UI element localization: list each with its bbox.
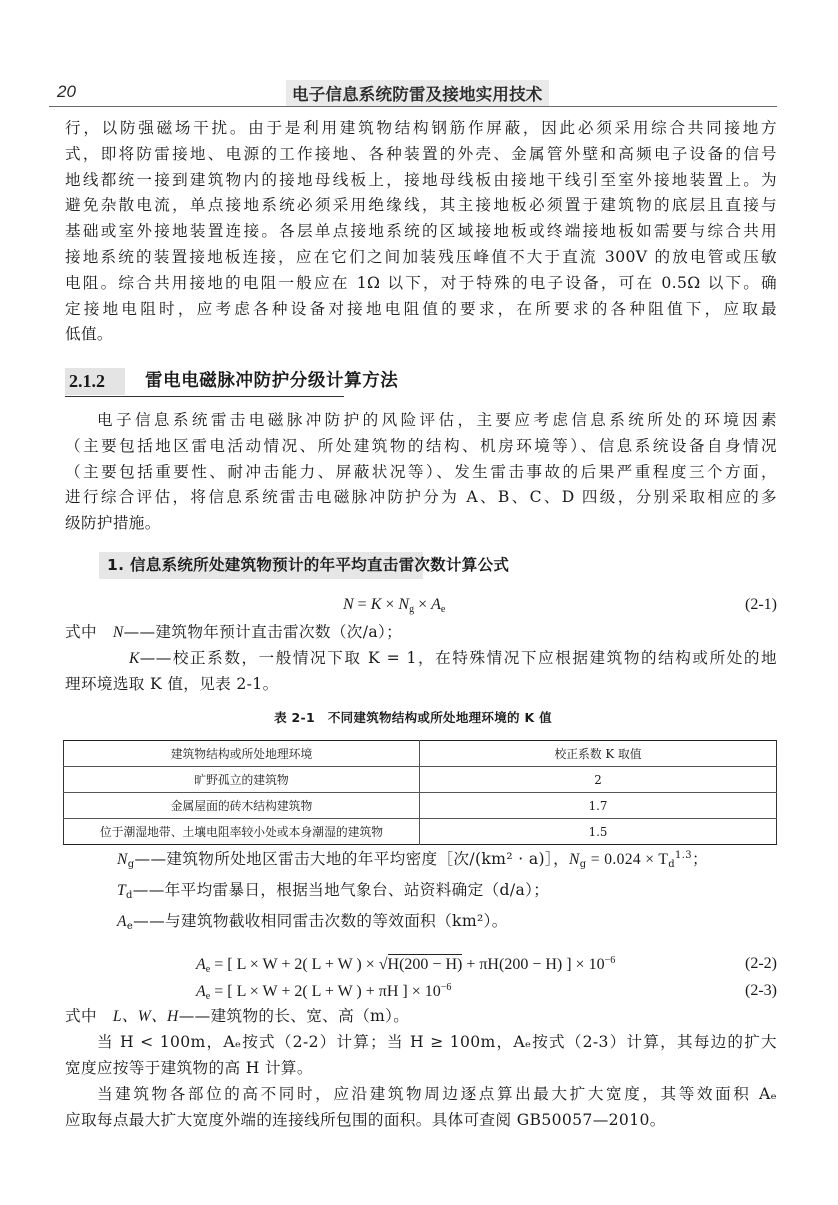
text-line: 电子信息系统雷击电磁脉冲防护的风险评估，主要应考虑信息系统所处的环境因素: [65, 408, 777, 434]
table-row: 金属屋面的砖木结构建筑物 1.7: [64, 793, 777, 819]
definition-symbol: L、W、H: [113, 1008, 179, 1025]
text-line: 宽度应按等于建筑物的高 H 计算。: [65, 1056, 777, 1082]
formula-end: ；: [692, 850, 708, 868]
eq-symbol: K: [371, 596, 382, 613]
definitions-block-1: 式中 N——建筑物年预计直击雷次数（次/a）； K——校正系数，一般情况下取 K…: [65, 620, 777, 697]
equation-number: (2-3): [745, 982, 777, 1000]
paragraph-equivalent-area: 当建筑物各部位的高不同时，应沿建筑物周边逐点算出最大扩大宽度，其等效面积 Aₑ …: [65, 1082, 777, 1134]
text-line: 当 H < 100m，Aₑ按式（2-2）计算；当 H ≥ 100m，Aₑ按式（2…: [65, 1030, 777, 1056]
formula-text: = 0.024 × T: [587, 851, 669, 868]
eq-symbol: N: [398, 596, 409, 613]
table-cell: 金属屋面的砖木结构建筑物: [64, 793, 420, 819]
eq-symbol: A: [196, 956, 206, 973]
section-heading: 2.1.2 雷电电磁脉冲防护分级计算方法: [65, 368, 344, 397]
text-line: 定接地电阻时，应考虑各种设备对接地电阻值的要求，在所要求的各种阻值下，应取最: [65, 297, 777, 323]
definition-line: 式中 L、W、H——建筑物的长、宽、高（m）。: [65, 1004, 777, 1030]
text-line: 接地系统的装置接地板连接，应在它们之间加装残压峰值不大于直流 300V 的放电管…: [65, 245, 777, 271]
definition-symbol: N: [113, 624, 124, 641]
definition-line: Td——年平均雷暴日，根据当地气象台、站资料确定（d/a）；: [65, 878, 777, 909]
eq-subscript: g: [409, 604, 414, 615]
definition-text: ——年平均雷暴日，根据当地气象台、站资料确定（d/a）；: [133, 881, 549, 899]
definition-text: ——校正系数，一般情况下取 K = 1，在特殊情况下应根据建筑物的结构或所处的地: [140, 649, 777, 667]
subheading-formula: 1. 信息系统所处建筑物预计的年平均直击雷次数计算公式: [99, 552, 423, 579]
definition-prefix: 式中: [65, 623, 97, 641]
equation-number: (2-1): [745, 596, 777, 614]
definition-text: ——与建筑物截收相同雷击次数的等效面积（km²）。: [133, 912, 508, 930]
table-caption: 表 2-1 不同建筑物结构或所处地理环境的 K 值: [49, 708, 777, 726]
definition-symbol: N: [117, 851, 128, 868]
paragraph-height-rule: 当 H < 100m，Aₑ按式（2-2）计算；当 H ≥ 100m，Aₑ按式（2…: [65, 1030, 777, 1082]
text-line: 应取每点最大扩大宽度外端的连接线所包围的面积。具体可查阅 GB50057—201…: [65, 1108, 777, 1134]
definition-prefix: 式中: [65, 1007, 97, 1025]
table-row: 位于潮湿地带、土壤电阻率较小处或本身潮湿的建筑物 1.5: [64, 819, 777, 845]
definition-text: ——建筑物所处地区雷击大地的年平均密度［次/(km² · a)］，: [135, 850, 569, 868]
book-title: 电子信息系统防雷及接地实用技术: [286, 80, 549, 106]
formula-symbol: N: [569, 851, 580, 868]
definition-symbol: T: [117, 882, 126, 899]
text-line: 低值。: [65, 322, 777, 348]
definition-symbol: K: [129, 650, 140, 667]
eq-body: = [ L × W + 2( L + W ) ×: [210, 956, 379, 973]
definition-line: K——校正系数，一般情况下取 K = 1，在特殊情况下应根据建筑物的结构或所处的…: [65, 646, 777, 672]
page-number: 20: [57, 82, 76, 102]
definition-symbol: A: [117, 913, 127, 930]
formula-subscript: g: [580, 859, 587, 870]
section-number: 2.1.2: [65, 368, 125, 395]
eq-body: + πH(200 − H) ] × 10: [462, 956, 604, 973]
definition-line: Ng——建筑物所处地区雷击大地的年平均密度［次/(km² · a)］，Ng = …: [65, 843, 777, 878]
definitions-block-2: Ng——建筑物所处地区雷击大地的年平均密度［次/(km² · a)］，Ng = …: [65, 843, 777, 939]
table-cell: 1.7: [420, 793, 777, 819]
table-header-cell: 建筑物结构或所处地理环境: [64, 741, 420, 767]
text-line: 避免杂散电流，单点接地系统必须采用绝缘线，其主接地板必须置于建筑物的底层且直接与: [65, 193, 777, 219]
table-cell: 2: [420, 767, 777, 793]
paragraph-risk-assessment: 电子信息系统雷击电磁脉冲防护的风险评估，主要应考虑信息系统所处的环境因素 （主要…: [65, 408, 777, 537]
definition-text: ——建筑物年预计直击雷次数（次/a）；: [124, 623, 403, 641]
text-line: 级防护措施。: [65, 511, 777, 537]
table-cell: 旷野孤立的建筑物: [64, 767, 420, 793]
running-header: 20 电子信息系统防雷及接地实用技术: [49, 82, 777, 107]
definitions-block-3: 式中 L、W、H——建筑物的长、宽、高（m）。: [65, 1004, 777, 1030]
eq-body: = [ L × W + 2( L + W ) + πH ] × 10: [210, 983, 441, 1000]
equation-2-3: Ae = [ L × W + 2( L + W ) + πH ] × 10−6: [196, 982, 451, 1002]
table-row: 旷野孤立的建筑物 2: [64, 767, 777, 793]
table-header-row: 建筑物结构或所处地理环境 校正系数 K 取值: [64, 741, 777, 767]
text-line: （主要包括地区雷电活动情况、所处建筑物的结构、机房环境等）、信息系统设备自身情况: [65, 434, 777, 460]
eq-sqrt: H(200 − H): [388, 954, 463, 973]
definition-line: Ae——与建筑物截收相同雷击次数的等效面积（km²）。: [65, 909, 777, 940]
definition-subscript: g: [128, 859, 135, 870]
definition-line: 式中 N——建筑物年预计直击雷次数（次/a）；: [65, 620, 777, 646]
text-line: 当建筑物各部位的高不同时，应沿建筑物周边逐点算出最大扩大宽度，其等效面积 Aₑ: [65, 1082, 777, 1108]
text-line: 理环境选取 K 值，见表 2-1。: [65, 672, 777, 698]
text-line: 式，即将防雷接地、电源的工作接地、各种装置的外壳、金属管外壁和高频电子设备的信号: [65, 142, 777, 168]
text-line: （主要包括重要性、耐冲击能力、屏蔽状况等）、发生雷击事故的后果严重程度三个方面，: [65, 460, 777, 486]
eq-symbol: A: [431, 596, 441, 613]
definition-subscript: d: [126, 890, 133, 901]
section-title: 雷电电磁脉冲防护分级计算方法: [145, 368, 398, 395]
text-line: 地线都统一接到建筑物内的接地母线板上，接地母线板由接地干线引至室外接地装置上。为: [65, 168, 777, 194]
equation-2-2: Ae = [ L × W + 2( L + W ) × √H(200 − H) …: [196, 955, 615, 975]
table-header-cell: 校正系数 K 取值: [420, 741, 777, 767]
text-line: 基础或室外接地装置连接。各层单点接地系统的区域接地板或终端接地板如需要与综合共用: [65, 219, 777, 245]
text-line: 电阻。综合共用接地的电阻一般应在 1Ω 以下，对于特殊的电子设备，可在 0.5Ω…: [65, 271, 777, 297]
table-cell: 位于潮湿地带、土壤电阻率较小处或本身潮湿的建筑物: [64, 819, 420, 845]
equation-2-1: N = K × Ng × Ae: [343, 596, 445, 615]
definition-text: ——建筑物的长、宽、高（m）。: [179, 1007, 410, 1025]
eq-symbol: N: [343, 596, 354, 613]
eq-subscript: e: [441, 604, 445, 615]
table-cell: 1.5: [420, 819, 777, 845]
formula-superscript: 1.3: [675, 850, 692, 861]
eq-symbol: A: [196, 983, 206, 1000]
k-value-table: 建筑物结构或所处地理环境 校正系数 K 取值 旷野孤立的建筑物 2 金属屋面的砖…: [63, 740, 777, 845]
eq-exponent: −6: [441, 982, 452, 993]
paragraph-grounding: 行，以防强磁场干扰。由于是利用建筑物结构钢筋作屏蔽，因此必须采用综合共同接地方 …: [65, 116, 777, 348]
text-line: 行，以防强磁场干扰。由于是利用建筑物结构钢筋作屏蔽，因此必须采用综合共同接地方: [65, 116, 777, 142]
equation-number: (2-2): [745, 955, 777, 973]
text-line: 进行综合评估，将信息系统雷击电磁脉冲防护分为 A、B、C、D 四级，分别采取相应…: [65, 485, 777, 511]
eq-exponent: −6: [605, 955, 616, 966]
